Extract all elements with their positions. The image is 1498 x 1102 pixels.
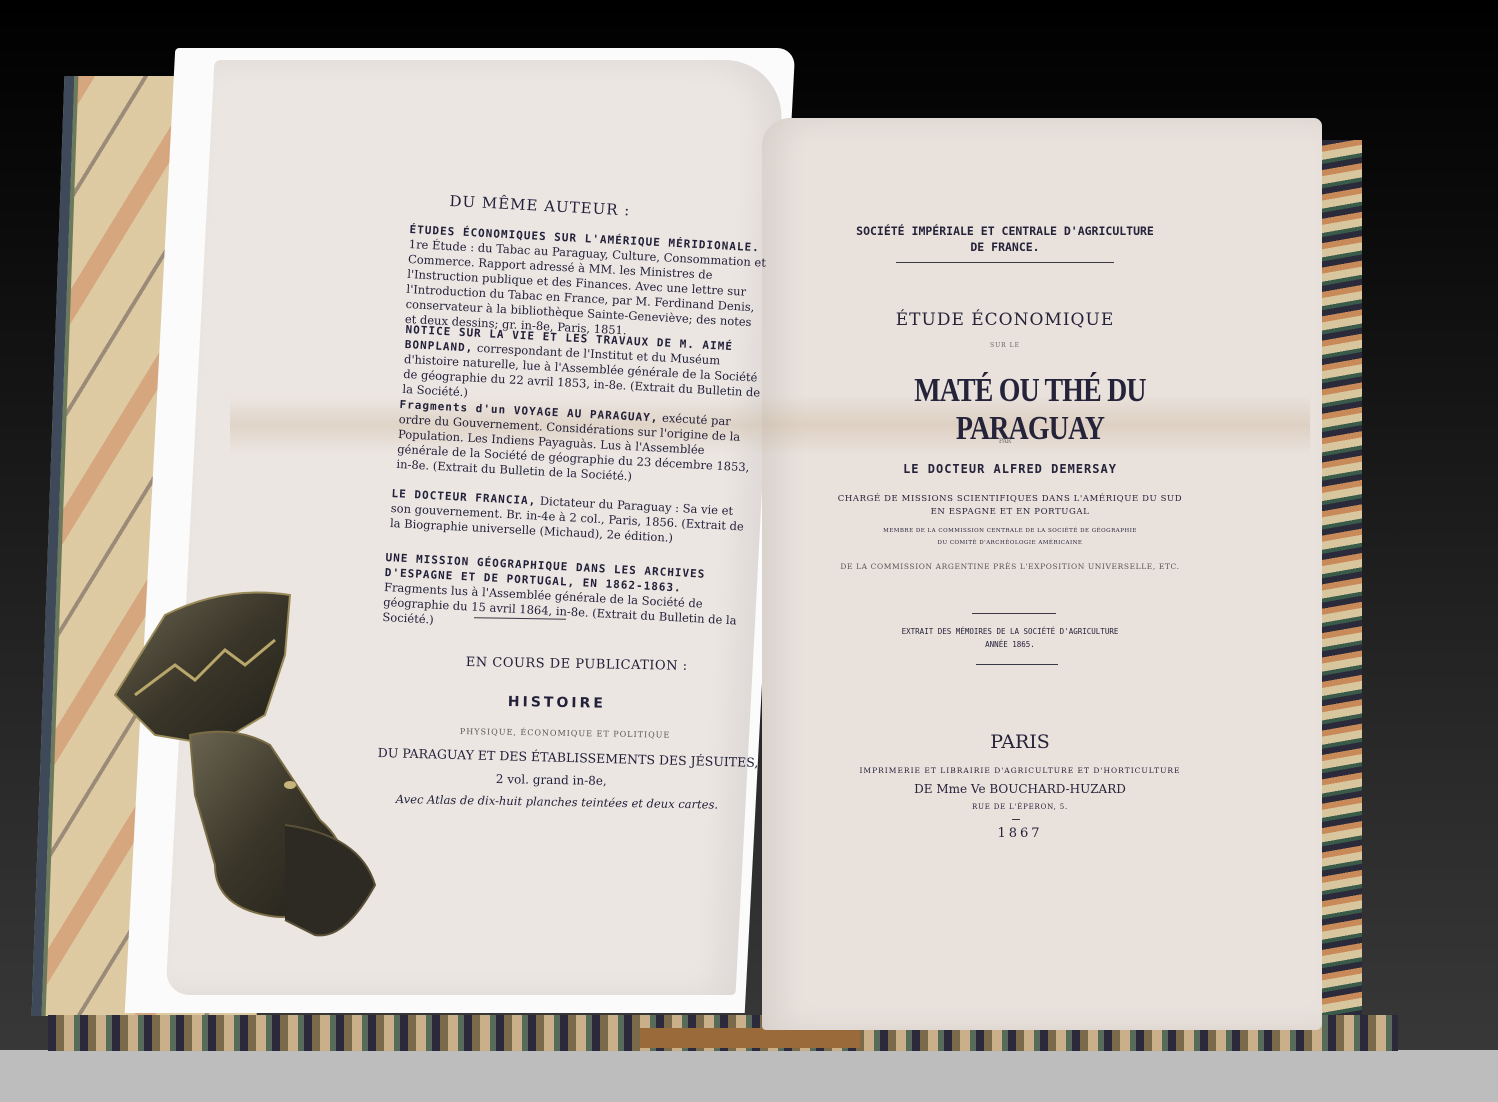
forthcoming-vol: 2 vol. grand in-8e, [496, 772, 607, 788]
publisher: DE Mme Ve BOUCHARD-HUZARD [820, 782, 1220, 796]
extract-divider-top [972, 613, 1056, 614]
title-divider [896, 262, 1114, 263]
society-line-2: DE FRANCE. [830, 240, 1180, 254]
credential-3: MEMBRE DE LA COMMISSION CENTRALE DE LA S… [800, 528, 1220, 534]
city: PARIS [830, 731, 1210, 753]
leather-spine [640, 1028, 860, 1048]
right-page [762, 118, 1322, 1030]
subtitle: ÉTUDE ÉCONOMIQUE [830, 310, 1180, 330]
extract-divider-bottom [976, 664, 1058, 665]
credential-5: DE LA COMMISSION ARGENTINE PRÈS L'EXPOSI… [800, 562, 1220, 571]
credential-1: CHARGÉ DE MISSIONS SCIENTIFIQUES DANS L'… [800, 494, 1220, 504]
forthcoming-title: HISTOIRE [508, 694, 606, 712]
marbled-cover-right [1320, 140, 1362, 1035]
credential-4: DU COMITÉ D'ARCHÉOLOGIE AMÉRICAINE [800, 540, 1220, 546]
par: PAR [830, 438, 1180, 445]
main-title: MATÉ OU THÉ DU PARAGUAY [858, 372, 1202, 448]
extract-line: EXTRAIT DES MÉMOIRES DE LA SOCIÉTÉ D'AGR… [820, 627, 1200, 636]
bronze-hand-clip-icon [95, 585, 395, 940]
address: RUE DE L'ÉPERON, 5. [820, 803, 1220, 811]
credential-2: EN ESPAGNE ET EN PORTUGAL [800, 507, 1220, 517]
entry-3-body: exécuté par ordre du Gouvernement. Consi… [396, 411, 750, 483]
sur-le: SUR LE [830, 342, 1180, 349]
extract-year: ANNÉE 1865. [820, 640, 1200, 649]
year-dash [1012, 819, 1020, 820]
table-surface [0, 1050, 1498, 1102]
photo-scene: DU MÊME AUTEUR : ÉTUDES ÉCONOMIQUES SUR … [0, 0, 1498, 1102]
entry-1-body: 1re Étude : du Tabac au Paraguay, Cultur… [405, 237, 767, 337]
society-line-1: SOCIÉTÉ IMPÉRIALE ET CENTRALE D'AGRICULT… [830, 224, 1180, 238]
author: LE DOCTEUR ALFRED DEMERSAY [820, 462, 1200, 476]
printer: IMPRIMERIE ET LIBRAIRIE D'AGRICULTURE ET… [820, 766, 1220, 775]
year: 1867 [830, 826, 1210, 841]
